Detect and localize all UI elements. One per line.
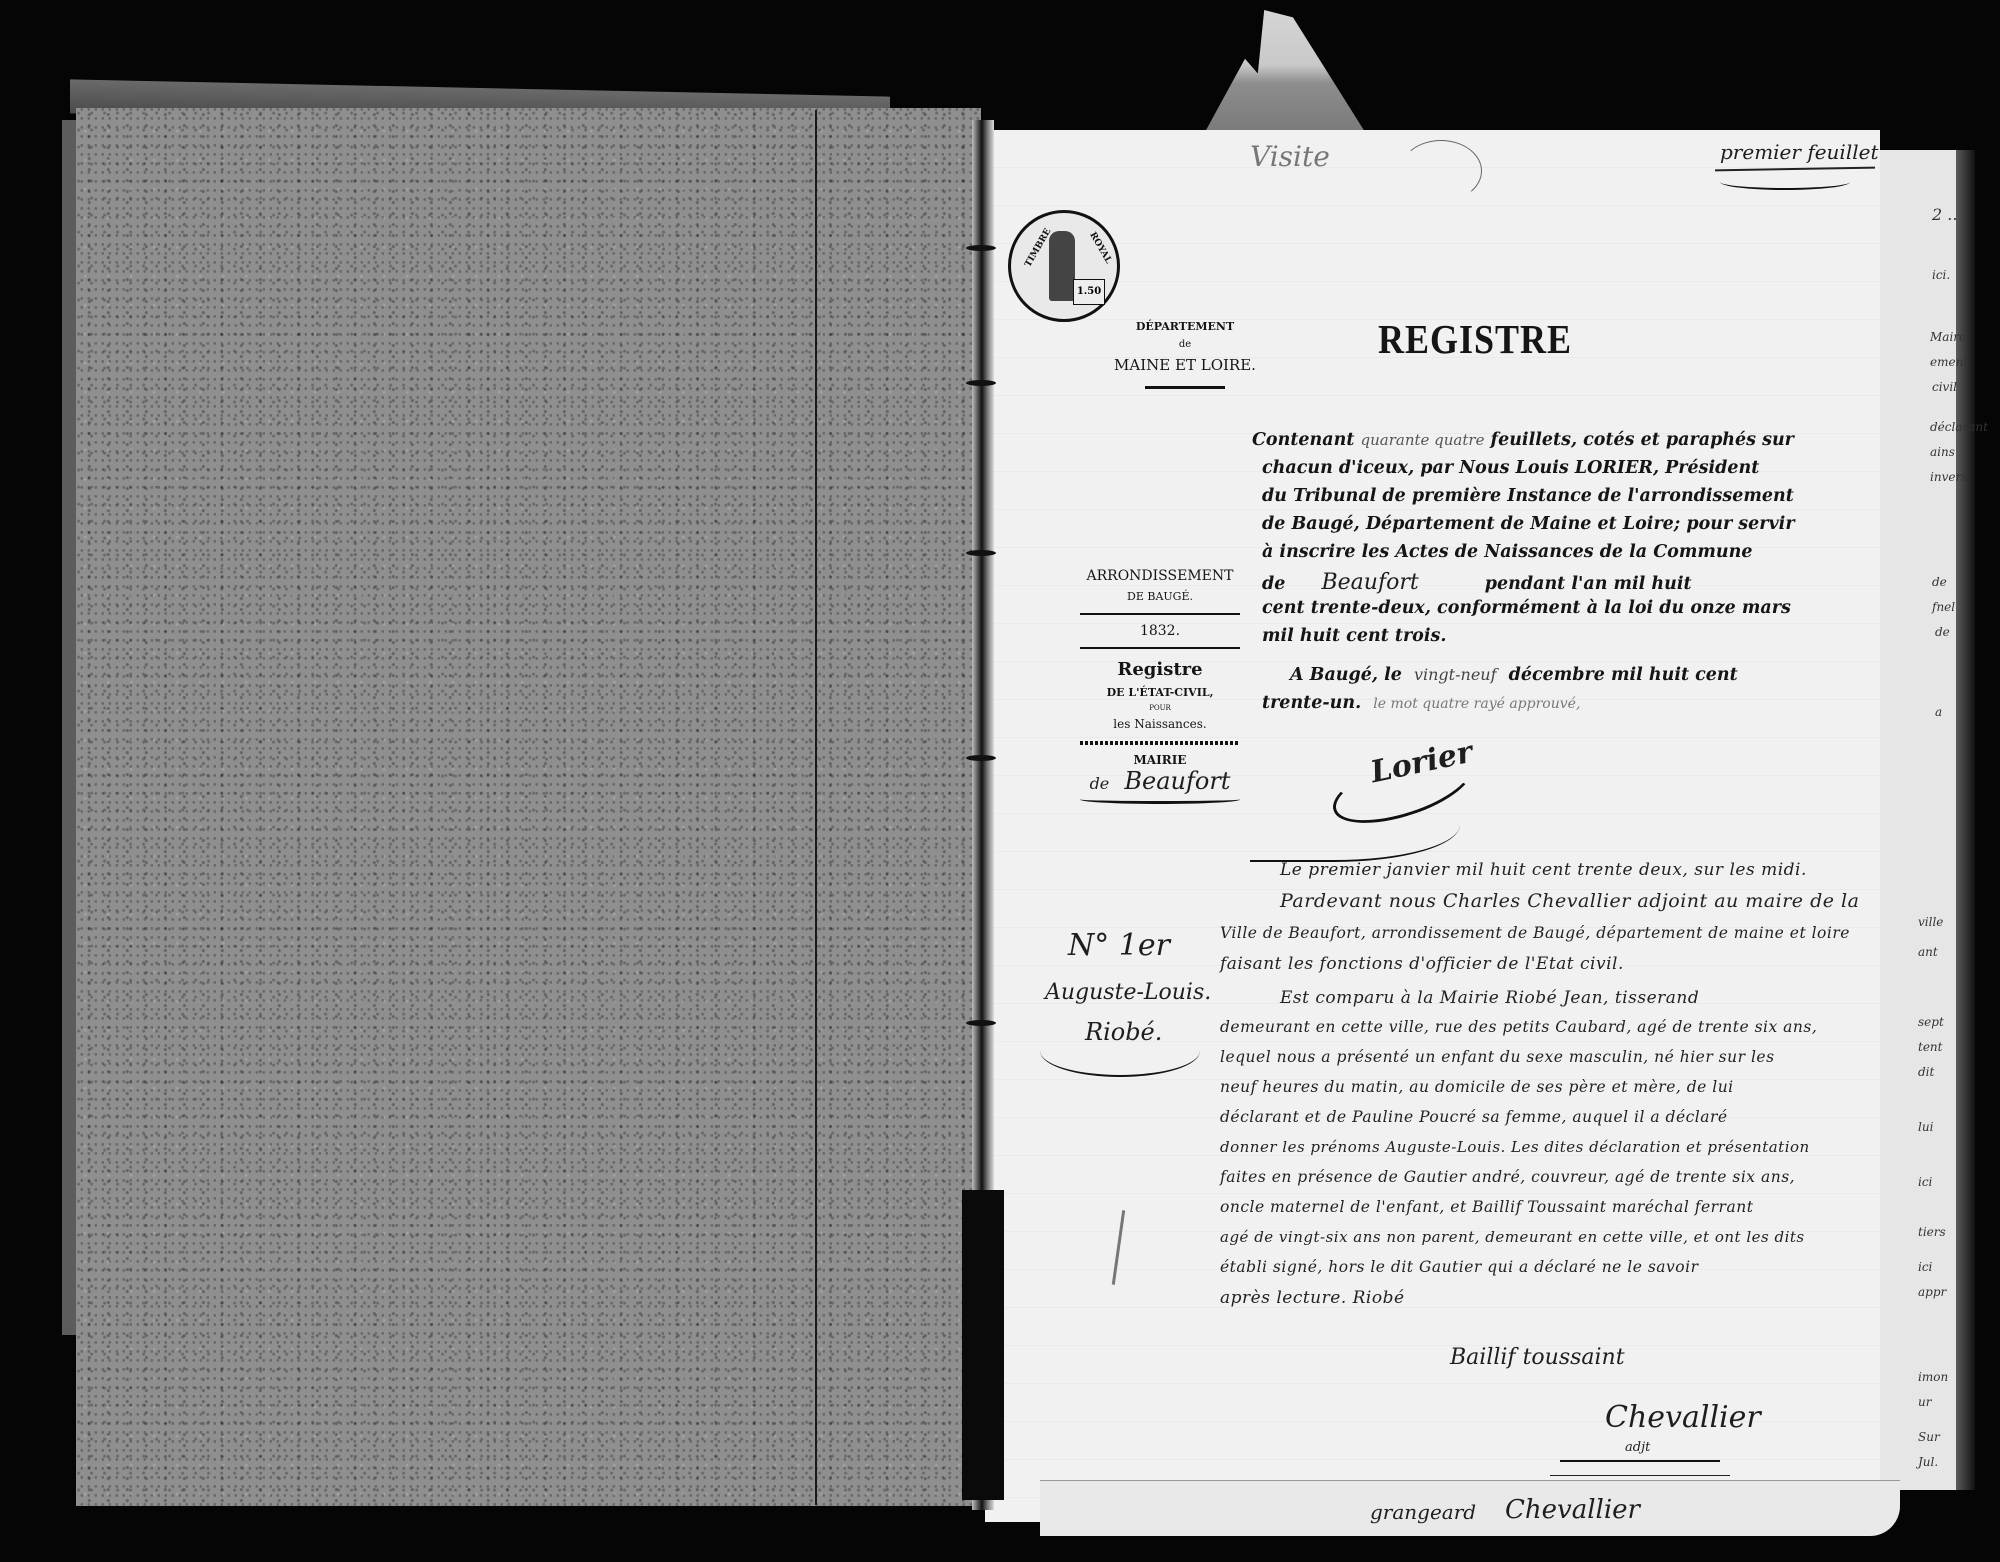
spine-stitch xyxy=(966,550,996,556)
next-page-margin-fragments xyxy=(1925,175,1975,205)
spine-stitch xyxy=(966,755,996,761)
act-line: Pardevant nous Charles Chevallier adjoin… xyxy=(1230,890,1870,924)
torn-paper-fragment xyxy=(1205,10,1365,132)
margin-fragment: fnel xyxy=(1932,600,1955,614)
spine-dark-binding xyxy=(962,1190,1004,1500)
act-line: Est comparu à la Mairie Riobé Jean, tiss… xyxy=(1230,988,1870,1018)
department-name: MAINE ET LOIRE. xyxy=(1080,356,1290,374)
margin-fragment: tiers xyxy=(1918,1225,1946,1239)
act-line: donner les prénoms Auguste-Louis. Les di… xyxy=(1220,1138,1870,1168)
approval-note: le mot quatre rayé approuvé, xyxy=(1373,696,1580,712)
dated-line-2: trente-un. le mot quatre rayé approuvé, xyxy=(1262,693,1580,713)
bottom-signature-right: Chevallier xyxy=(1505,1495,1640,1525)
annotation-flourish xyxy=(1400,140,1482,202)
department-label: DÉPARTEMENT xyxy=(1080,320,1290,333)
act-line: Le premier janvier mil huit cent trente … xyxy=(1230,860,1870,890)
signature-underline xyxy=(1560,1460,1720,1462)
divider xyxy=(1080,647,1240,649)
margin-fragment: lui xyxy=(1918,1120,1933,1134)
preamble-line: du Tribunal de première Instance de l'ar… xyxy=(1252,486,1717,514)
act-line: lequel nous a présenté un enfant du sexe… xyxy=(1220,1048,1870,1078)
ornament-rule xyxy=(1145,386,1225,389)
handwritten-date: vingt-neuf xyxy=(1414,665,1497,684)
naissances-label: les Naissances. xyxy=(1080,717,1240,731)
signature-underline xyxy=(1550,1475,1730,1476)
act-line: neuf heures du matin, au domicile de ses… xyxy=(1220,1078,1870,1108)
stamp-price: 1.50 xyxy=(1073,279,1105,305)
arrondissement-name: DE BAUGÉ. xyxy=(1080,590,1240,603)
margin-fragment: ant xyxy=(1918,945,1938,959)
preamble: Contenant quarante quatre feuillets, cot… xyxy=(1252,430,1717,654)
preamble-line: chacun d'iceux, par Nous Louis LORIER, P… xyxy=(1252,458,1717,486)
margin-fragment: ici xyxy=(1918,1175,1932,1189)
annotation-visite: Visite xyxy=(1250,140,1330,173)
act-line: déclarant et de Pauline Poucré sa femme,… xyxy=(1220,1108,1870,1138)
allegorical-figure-icon xyxy=(1049,231,1075,301)
preamble-line: à inscrire les Actes de Naissances de la… xyxy=(1252,542,1717,570)
left-page-blank xyxy=(76,108,981,1506)
act-line: agé de vingt-six ans non parent, demeura… xyxy=(1220,1228,1870,1258)
witness-signature: Baillif toussaint xyxy=(1450,1345,1625,1370)
margin-fragment: sept xyxy=(1918,1015,1944,1029)
register-year: 1832. xyxy=(1080,623,1240,639)
act-line: Ville de Beaufort, arrondissement de Bau… xyxy=(1220,924,1870,954)
margin-fragment: invers xyxy=(1930,470,1967,484)
margin-fragment: civil xyxy=(1932,380,1957,394)
pour-label: POUR xyxy=(1080,704,1240,712)
preamble-line: de Beaufort pendant l'an mil huit xyxy=(1252,570,1717,598)
preamble-line: de Baugé, Département de Maine et Loire;… xyxy=(1252,514,1717,542)
spine-stitch xyxy=(966,1020,996,1026)
margin-flourish xyxy=(1040,1025,1200,1077)
wavy-divider xyxy=(1080,741,1240,745)
printed-text: A Baugé, le xyxy=(1290,665,1402,685)
dated-line: A Baugé, le vingt-neuf décembre mil huit… xyxy=(1290,665,1738,685)
act-body: Le premier janvier mil huit cent trente … xyxy=(1230,860,1870,1318)
mairie-prefix: de xyxy=(1090,774,1110,793)
act-line: oncle maternel de l'enfant, et Baillif T… xyxy=(1220,1198,1870,1228)
margin-fragment: imon xyxy=(1918,1370,1948,1384)
bracket-ornament xyxy=(1080,795,1240,804)
margin-fragment: 2 .. xyxy=(1932,205,1957,224)
margin-fragment: ur xyxy=(1918,1395,1931,1409)
margin-fragment: Maire xyxy=(1930,330,1966,344)
margin-fragment: tent xyxy=(1918,1040,1942,1054)
officer-title: adjt xyxy=(1625,1440,1650,1455)
spine-stitch xyxy=(966,245,996,251)
margin-fragment: ici. xyxy=(1932,268,1950,282)
officer-signature: Chevallier xyxy=(1605,1400,1761,1435)
document-title: REGISTRE xyxy=(1378,315,1572,363)
margin-fragment: déclarant xyxy=(1930,420,1988,434)
margin-fragment: ains xyxy=(1930,445,1955,459)
stamp-label-right: ROYAL xyxy=(1087,231,1113,266)
timbre-royal-stamp: TIMBRE ROYAL 1.50 xyxy=(1008,210,1120,322)
margin-fragment: dit xyxy=(1918,1065,1934,1079)
act-line: établi signé, hors le dit Gautier qui a … xyxy=(1220,1258,1870,1288)
margin-fragment: ici xyxy=(1918,1260,1932,1274)
margin-fragment: Sur xyxy=(1918,1430,1940,1444)
bottom-signature-left: grangeard xyxy=(1370,1500,1476,1524)
divider xyxy=(1080,613,1240,615)
mairie-name: Beaufort xyxy=(1124,767,1230,795)
act-margin-name: Auguste-Louis. xyxy=(1045,980,1211,1005)
etat-civil-label: DE L'ÉTAT-CIVIL, xyxy=(1080,686,1240,699)
margin-fragment: appr xyxy=(1918,1285,1946,1299)
annotation-premier-feuillet: premier feuillet xyxy=(1720,140,1879,164)
margin-fragment: de xyxy=(1932,575,1947,589)
printed-text: décembre mil huit cent xyxy=(1509,665,1738,685)
registre-label: Registre xyxy=(1080,659,1240,680)
department-de: de xyxy=(1080,339,1290,350)
spine-stitch xyxy=(966,380,996,386)
preamble-line: Contenant quarante quatre feuillets, cot… xyxy=(1252,430,1717,458)
margin-fragment: ville xyxy=(1918,915,1943,929)
act-line: faites en présence de Gautier andré, cou… xyxy=(1220,1168,1870,1198)
left-page-fold-line xyxy=(815,110,817,1505)
underline-flourish xyxy=(1720,174,1850,190)
margin-fragment: Jul. xyxy=(1918,1455,1938,1469)
preamble-line: cent trente-deux, conformément à la loi … xyxy=(1252,598,1717,626)
act-line: après lecture. Riobé xyxy=(1220,1288,1870,1318)
act-line: demeurant en cette ville, rue des petits… xyxy=(1220,1018,1870,1048)
margin-fragment: de xyxy=(1935,625,1950,639)
arrondissement-label: ARRONDISSEMENT xyxy=(1080,568,1240,584)
mairie-label: MAIRIE xyxy=(1080,753,1240,767)
margin-fragment: ement xyxy=(1930,355,1968,369)
act-line: faisant les fonctions d'officier de l'Et… xyxy=(1220,954,1870,988)
preamble-line: mil huit cent trois. xyxy=(1252,626,1717,654)
margin-fragment: a xyxy=(1935,705,1942,719)
act-number: N° 1er xyxy=(1068,928,1170,963)
